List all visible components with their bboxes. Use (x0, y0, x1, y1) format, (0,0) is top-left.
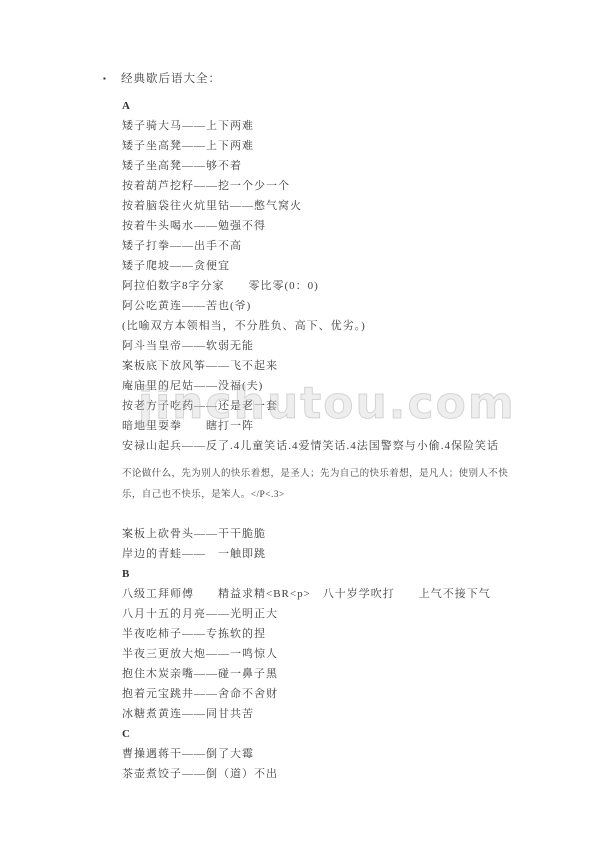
saying-line: 阿公吃黄连——苦也(爷) (122, 296, 590, 316)
saying-line: 按着牛头喝水——勉强不得 (122, 216, 590, 236)
saying-line: 半夜三更放大炮——一鸣惊人 (122, 644, 590, 664)
saying-line: 半夜吃柿子——专拣软的捏 (122, 624, 590, 644)
saying-line: 阿拉伯数字8字分家 零比零(0：0) (122, 276, 590, 296)
saying-line: 岸边的青蛙—— 一触即跳 (122, 544, 590, 564)
saying-line: 安禄山起兵——反了.4儿童笑话.4爱情笑话.4法国警察与小偷.4保险笑话 (122, 436, 590, 456)
spacer (122, 506, 590, 524)
saying-line: 按着脑袋往火炕里钻——憋气窝火 (122, 196, 590, 216)
saying-line: 冰糖煮黄连——同甘共苦 (122, 704, 590, 724)
saying-line: 矮子坐高凳——上下两难 (122, 136, 590, 156)
saying-line: 阿斗当皇帝——软弱无能 (122, 336, 590, 356)
saying-line: 案板底下放风筝——飞不起来 (122, 356, 590, 376)
page-title: 经典歇后语大全： (121, 73, 221, 85)
document-page: ▪经典歇后语大全： A矮子骑大马——上下两难矮子坐高凳——上下两难矮子坐高凳——… (0, 0, 600, 849)
section-letter: C (122, 724, 590, 744)
saying-line: 茶壶煮饺子——倒（道）不出 (122, 764, 590, 784)
section-letter: A (122, 96, 590, 116)
saying-line: 抱着元宝跳井——舍命不舍财 (122, 684, 590, 704)
saying-line: 矮子坐高凳——够不着 (122, 156, 590, 176)
saying-line: 八月十五的月亮——光明正大 (122, 604, 590, 624)
sayings-list: A矮子骑大马——上下两难矮子坐高凳——上下两难矮子坐高凳——够不着按着葫芦挖籽—… (122, 96, 590, 784)
saying-line: 矮子爬坡——贪便宜 (122, 256, 590, 276)
saying-line: 矮子打拳——出手不高 (122, 236, 590, 256)
saying-line: 按着葫芦挖籽——挖一个少一个 (122, 176, 590, 196)
section-letter: B (122, 564, 590, 584)
saying-line: (比喻双方本领相当，不分胜负、高下、优劣。) (122, 316, 590, 336)
saying-line: 曹操遇蒋干——倒了大霉 (122, 744, 590, 764)
saying-line: 暗地里耍拳 瞎打一阵 (122, 416, 590, 436)
saying-line: 案板上砍骨头——干干脆脆 (122, 524, 590, 544)
note-paragraph: 不论做什么，先为别人的快乐着想，是圣人；先为自己的快乐着想，是凡人；使别人不快乐… (122, 464, 514, 506)
bullet-marker: ▪ (103, 74, 121, 83)
saying-line: 八级工拜师傅 精益求精<BR<p> 八十岁学吹打 上气不接下气 (122, 584, 590, 604)
saying-line: 庵庙里的尼姑——没福(夫) (122, 376, 590, 396)
saying-line: 抱住木炭亲嘴——碰一鼻子黑 (122, 664, 590, 684)
saying-line: 矮子骑大马——上下两难 (122, 116, 590, 136)
saying-line: 按老方子吃药——还是老一套 (122, 396, 590, 416)
title-row: ▪经典歇后语大全： (103, 70, 221, 86)
